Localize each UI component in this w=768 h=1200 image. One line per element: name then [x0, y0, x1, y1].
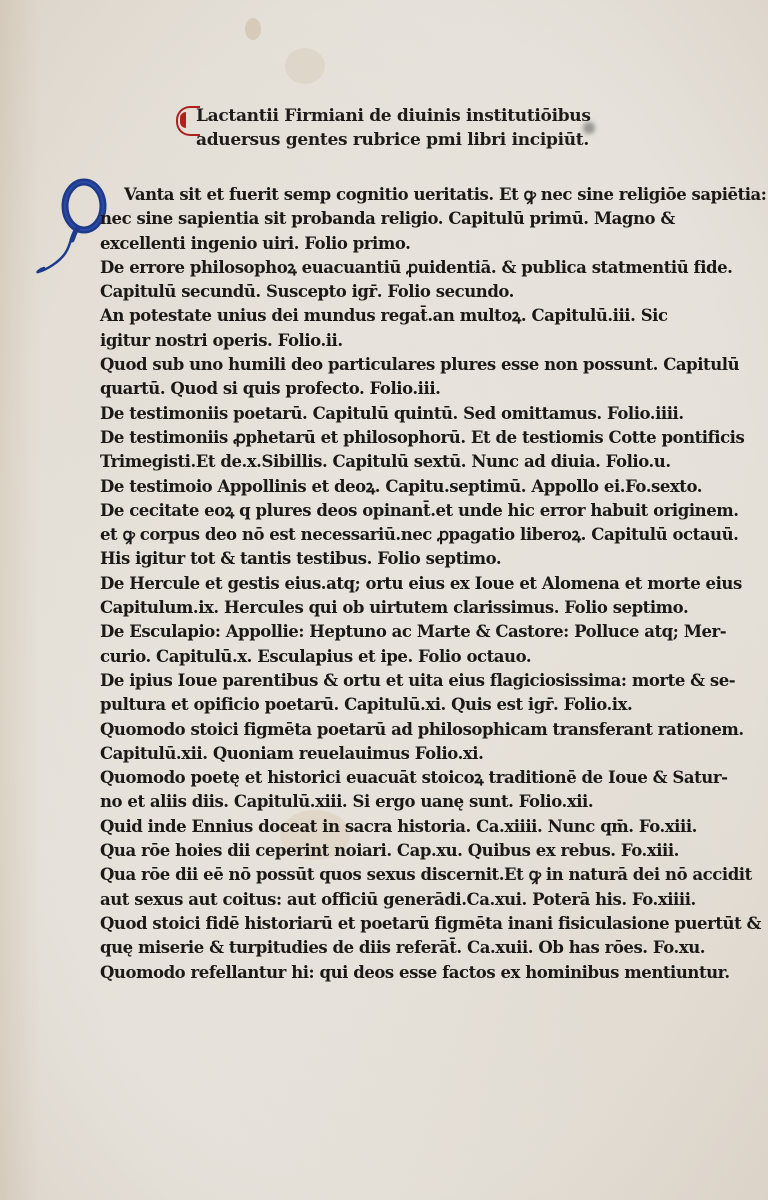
text-line: no et aliis diis. Capitulū.xiii. Si ergo…	[100, 790, 710, 814]
text-line: An potestate unius dei mundus regat̄.an …	[100, 304, 710, 328]
rubric-paraph-icon	[176, 106, 200, 136]
table-of-contents: Vanta sit et fuerit semp cognitio uerita…	[100, 183, 710, 985]
text-line: Quomodo stoici figmēta poetarū ad philos…	[100, 718, 710, 742]
text-line: igitur nostri operis. Folio.ii.	[100, 329, 710, 353]
text-line: Capitulū.xii. Quoniam reuelauimus Folio.…	[100, 742, 710, 766]
rubric-heading: Lactantii Firmiani de diuinis institutiō…	[176, 104, 596, 152]
text-line: aut sexus aut coitus: aut officiū generā…	[100, 888, 710, 912]
text-line: excellenti ingenio uiri. Folio primo.	[100, 232, 710, 256]
text-line: Qua rōe dii eē nō possūt quos sexus disc…	[100, 863, 710, 887]
manuscript-page: Lactantii Firmiani de diuinis institutiō…	[0, 0, 768, 1200]
text-line: Quod sub uno humili deo particulares plu…	[100, 353, 710, 377]
text-line: Trimegisti.Et de.x.Sibillis. Capitulū se…	[100, 450, 710, 474]
text-line: Quid inde Ennius doceat in sacra histori…	[100, 815, 710, 839]
paper-stain	[285, 48, 325, 84]
text-line: His igitur tot & tantis testibus. Folio …	[100, 547, 710, 571]
heading-line: aduersus gentes rubrice pmi libri incipi…	[176, 128, 596, 152]
text-line: curio. Capitulū.x. Esculapius et ipe. Fo…	[100, 645, 710, 669]
text-line: De ipius Ioue parentibus & ortu et uita …	[100, 669, 710, 693]
text-line: De cecitate eoꝝ q plures deos opinant̄.e…	[100, 499, 710, 523]
text-line: Quod stoici fidē historiarū et poetarū f…	[100, 912, 710, 936]
paper-stain	[245, 18, 261, 40]
text-line: quę miserie & turpitudies de diis referā…	[100, 936, 710, 960]
text-line: De testimoniis poetarū. Capitulū quintū.…	[100, 402, 710, 426]
text-line: De Esculapio: Appollie: Heptuno ac Marte…	[100, 620, 710, 644]
text-line: De testimoniis ꝓphetarū et philosophorū.…	[100, 426, 710, 450]
text-line: Vanta sit et fuerit semp cognitio uerita…	[100, 183, 710, 207]
text-line: Quomodo poetę et historici euacuāt stoic…	[100, 766, 710, 790]
text-line: Qua rōe hoies dii ceperint noiari. Cap.x…	[100, 839, 710, 863]
text-line: De testimoio Appollinis et deoꝝ. Capitu.…	[100, 475, 710, 499]
text-line: et ꝙ corpus deo nō est necessariū.nec ꝓp…	[100, 523, 710, 547]
text-line: quartū. Quod si quis profecto. Folio.iii…	[100, 377, 710, 401]
text-line: nec sine sapientia sit probanda religio.…	[100, 207, 710, 231]
text-line: Quomodo refellantur hi: qui deos esse fa…	[100, 961, 710, 985]
text-line: De errore philosophoꝝ euacuantiū ꝓuident…	[100, 256, 710, 280]
text-line: Capitulū secundū. Suscepto igr̄. Folio s…	[100, 280, 710, 304]
heading-line: Lactantii Firmiani de diuinis institutiō…	[176, 104, 596, 128]
text-line: pultura et opificio poetarū. Capitulū.xi…	[100, 693, 710, 717]
text-line: De Hercule et gestis eius.atq; ortu eius…	[100, 572, 710, 596]
text-line: Capitulum.ix. Hercules qui ob uirtutem c…	[100, 596, 710, 620]
